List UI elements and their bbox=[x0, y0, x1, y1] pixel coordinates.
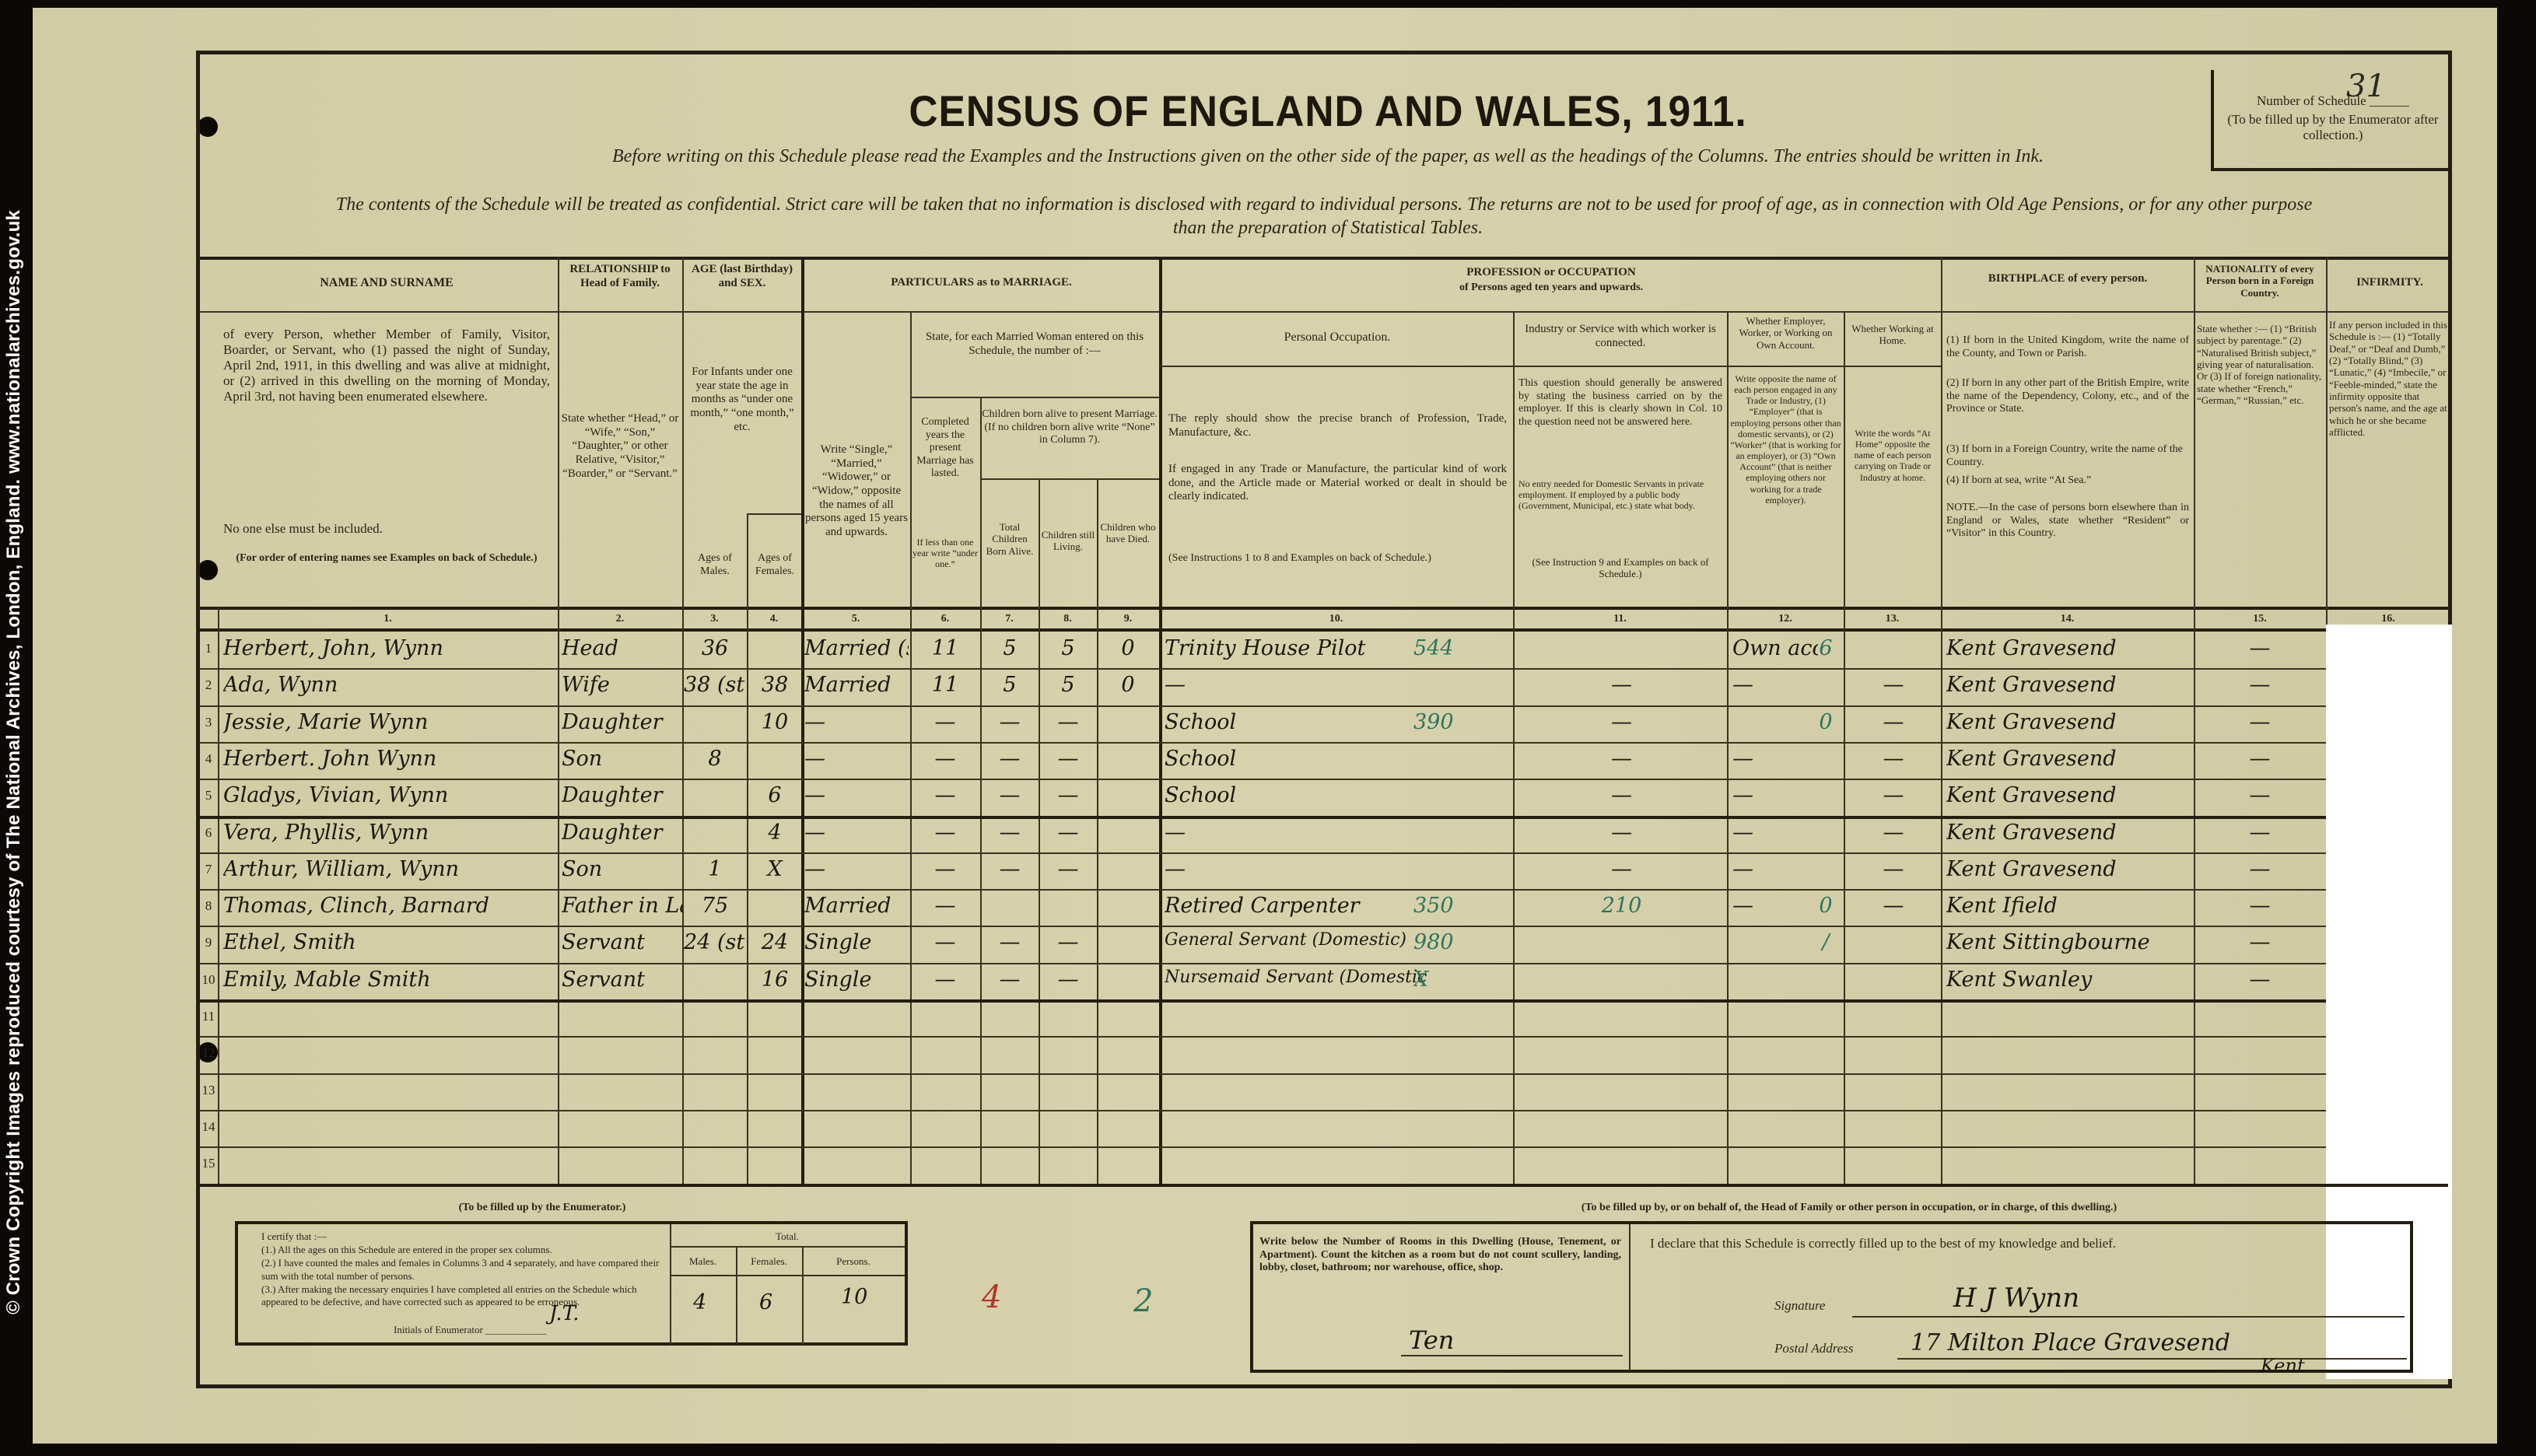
cell-status: — bbox=[1732, 857, 1818, 881]
col1-title: NAME AND SURNAME bbox=[223, 276, 550, 291]
cell-female: 16 bbox=[748, 968, 801, 992]
cell-industry: — bbox=[1522, 857, 1721, 881]
cell-occ-code: 980 bbox=[1413, 930, 1507, 954]
rooms-instruction: Write below the Number of Rooms in this … bbox=[1259, 1236, 1621, 1275]
cell-home: — bbox=[1848, 747, 1939, 771]
row-number: 6 bbox=[200, 825, 217, 841]
col7-title: Total Children Born Alive. bbox=[982, 521, 1038, 557]
header-top-rule bbox=[200, 257, 2448, 260]
col1-order: (For order of entering names see Example… bbox=[223, 552, 550, 565]
enumerator-heading: (To be filled up by the Enumerator.) bbox=[324, 1202, 760, 1215]
col4-title: Ages of Females. bbox=[748, 552, 801, 578]
household-heading: (To be filled up by, or on behalf of, th… bbox=[1266, 1202, 2433, 1215]
cell-years: — bbox=[912, 857, 979, 881]
header-sub-rule bbox=[200, 311, 2448, 313]
cell-industry: — bbox=[1522, 710, 1721, 734]
declaration: I declare that this Schedule is correctl… bbox=[1650, 1236, 2116, 1251]
row-divider bbox=[200, 999, 2448, 1003]
cell-occupation: — bbox=[1165, 821, 1460, 845]
cell-total: — bbox=[982, 857, 1038, 881]
cell-rel: Son bbox=[562, 747, 682, 771]
cell-nationality: — bbox=[2197, 930, 2323, 954]
cell-marital: — bbox=[804, 710, 909, 734]
cell-home: — bbox=[1848, 710, 1939, 734]
col15-title: NATIONALITY of every Person born in a Fo… bbox=[2195, 263, 2324, 299]
cell-female: 10 bbox=[748, 710, 801, 734]
row-divider bbox=[200, 705, 2448, 707]
cell-male: 36 bbox=[684, 636, 746, 660]
red-annotation: 4 bbox=[982, 1279, 1001, 1315]
cell-name: Arthur, William, Wynn bbox=[223, 857, 558, 881]
cell-nationality: — bbox=[2197, 636, 2323, 660]
cell-status: — bbox=[1732, 783, 1818, 807]
table-bottom-rule bbox=[200, 1184, 2448, 1187]
cell-total: — bbox=[982, 930, 1038, 954]
col10-title: Personal Occupation. bbox=[1162, 331, 1512, 345]
row-divider bbox=[200, 926, 2448, 927]
cell-occupation: School bbox=[1165, 747, 1460, 771]
cell-nationality: — bbox=[2197, 747, 2323, 771]
cell-industry: — bbox=[1522, 821, 1721, 845]
col11-desc-3: (See Instruction 9 and Examples on back … bbox=[1518, 556, 1722, 580]
row-divider bbox=[200, 852, 2448, 854]
instruction-line: Before writing on this Schedule please r… bbox=[200, 146, 2456, 167]
cell-living: — bbox=[1040, 930, 1096, 954]
cell-nationality: — bbox=[2197, 821, 2323, 845]
signature: H J Wynn bbox=[1953, 1283, 2079, 1314]
cell-birthplace: Kent Gravesend bbox=[1946, 747, 2191, 771]
col12-desc: Write opposite the name of each person e… bbox=[1729, 373, 1842, 506]
total-females: 6 bbox=[759, 1290, 772, 1314]
col2-title: RELATIONSHIP to Head of Family. bbox=[559, 263, 681, 290]
cell-birthplace: Kent Swanley bbox=[1946, 968, 2191, 992]
schedule-frame: CENSUS OF ENGLAND AND WALES, 1911. Befor… bbox=[196, 51, 2452, 1388]
row-number: 9 bbox=[200, 935, 217, 950]
cell-living: 5 bbox=[1040, 636, 1096, 660]
age-title: AGE (last Birthday) and SEX. bbox=[684, 263, 800, 290]
cell-years: — bbox=[912, 930, 979, 954]
col11-desc-1: This question should generally be answer… bbox=[1518, 377, 1722, 429]
cell-rel: Head bbox=[562, 636, 682, 660]
cell-rel: Daughter bbox=[562, 783, 682, 807]
cell-female: 38 bbox=[748, 673, 801, 697]
children-desc: Children born alive to present Marriage.… bbox=[982, 408, 1158, 447]
cell-marital: — bbox=[804, 783, 909, 807]
cell-industry: 210 bbox=[1522, 894, 1721, 918]
row-number: 10 bbox=[200, 972, 217, 988]
cell-male: 38 (struck) bbox=[684, 673, 746, 697]
col14-desc-3: (3) If born in a Foreign Country, write … bbox=[1946, 443, 2189, 469]
cell-female: X bbox=[748, 857, 801, 881]
row-number: 13 bbox=[200, 1083, 217, 1098]
cell-total: 5 bbox=[982, 673, 1038, 697]
occupation-subtitle: of Persons aged ten years and upwards. bbox=[1162, 282, 1940, 295]
cell-years: — bbox=[912, 747, 979, 771]
col15-desc: State whether :— (1) “British subject by… bbox=[2197, 323, 2323, 406]
cell-status-code: 0 bbox=[1810, 894, 1841, 918]
cell-rel: Daughter bbox=[562, 710, 682, 734]
cell-total: — bbox=[982, 783, 1038, 807]
cell-years: — bbox=[912, 783, 979, 807]
cell-status-code: 0 bbox=[1810, 710, 1841, 734]
cell-home: — bbox=[1848, 857, 1939, 881]
confidentiality-line: The contents of the Schedule will be tre… bbox=[208, 194, 2440, 215]
cell-name: Emily, Mable Smith bbox=[223, 968, 558, 992]
cell-name: Vera, Phyllis, Wynn bbox=[223, 821, 558, 845]
cell-home: — bbox=[1848, 783, 1939, 807]
row-divider bbox=[200, 742, 2448, 744]
cell-male: 1 bbox=[684, 857, 746, 881]
cell-occupation: School bbox=[1165, 783, 1460, 807]
cell-male: 24 (struck) bbox=[684, 930, 746, 954]
row-number: 3 bbox=[200, 715, 217, 730]
cell-living: — bbox=[1040, 821, 1096, 845]
row-divider bbox=[200, 816, 2448, 819]
cell-died: 0 bbox=[1098, 636, 1158, 660]
row-number: 7 bbox=[200, 862, 217, 877]
cell-occupation: — bbox=[1165, 857, 1460, 881]
cell-status: — bbox=[1732, 821, 1818, 845]
cell-birthplace: Kent Gravesend bbox=[1946, 636, 2191, 660]
cell-marital: Married bbox=[804, 894, 909, 918]
row-number: 2 bbox=[200, 677, 217, 693]
cell-rel: Father in Law bbox=[562, 894, 682, 918]
cell-total: — bbox=[982, 710, 1038, 734]
cell-status: Own acct bbox=[1732, 636, 1818, 660]
total-persons: 10 bbox=[841, 1285, 867, 1309]
cell-years: 11 bbox=[912, 636, 979, 660]
cell-birthplace: Kent Sittingbourne bbox=[1946, 930, 2191, 954]
marriage-title: PARTICULARS as to MARRIAGE. bbox=[804, 276, 1158, 290]
col13-desc: Write the words “At Home” opposite the n… bbox=[1846, 428, 1939, 483]
cell-nationality: — bbox=[2197, 710, 2323, 734]
row-divider bbox=[200, 779, 2448, 780]
cell-years: — bbox=[912, 710, 979, 734]
cell-status-code: 6 bbox=[1810, 636, 1841, 660]
cell-name: Herbert, John, Wynn bbox=[223, 636, 558, 660]
row-number: 4 bbox=[200, 751, 217, 767]
cell-nationality: — bbox=[2197, 673, 2323, 697]
cell-birthplace: Kent Gravesend bbox=[1946, 710, 2191, 734]
col14-desc-2: (2) If born in any other part of the Bri… bbox=[1946, 377, 2189, 416]
cell-living: — bbox=[1040, 710, 1096, 734]
schedule-number: 31 bbox=[2346, 68, 2386, 104]
green-annotation: 2 bbox=[1133, 1283, 1153, 1319]
row-divider bbox=[200, 668, 2448, 670]
cell-years: — bbox=[912, 894, 979, 918]
cell-birthplace: Kent Gravesend bbox=[1946, 783, 2191, 807]
cell-name: Jessie, Marie Wynn bbox=[223, 710, 558, 734]
postal-county: Kent bbox=[2261, 1355, 2305, 1377]
cell-female: 6 bbox=[748, 783, 801, 807]
cell-total: — bbox=[982, 747, 1038, 771]
cell-home: — bbox=[1848, 894, 1939, 918]
cell-birthplace: Kent Gravesend bbox=[1946, 673, 2191, 697]
row-number: 8 bbox=[200, 898, 217, 914]
row-divider bbox=[200, 1073, 2448, 1075]
cell-status: — bbox=[1732, 894, 1818, 918]
cell-marital: Single bbox=[804, 968, 909, 992]
cell-occ-code: 544 bbox=[1413, 636, 1507, 660]
cell-living: — bbox=[1040, 747, 1096, 771]
col11-title: Industry or Service with which worker is… bbox=[1516, 323, 1725, 350]
cell-living: 5 bbox=[1040, 673, 1096, 697]
col14-note: NOTE.—In the case of persons born elsewh… bbox=[1946, 502, 2189, 541]
enumerator-initials: J.T. bbox=[549, 1302, 579, 1325]
cell-total: — bbox=[982, 968, 1038, 992]
confidentiality-line-2: than the preparation of Statistical Tabl… bbox=[200, 218, 2456, 239]
cell-living: — bbox=[1040, 857, 1096, 881]
cell-marital: — bbox=[804, 747, 909, 771]
household-box: Write below the Number of Rooms in this … bbox=[1250, 1221, 2413, 1373]
col16-title: INFIRMITY. bbox=[2328, 276, 2452, 290]
cell-total: 5 bbox=[982, 636, 1038, 660]
cell-name: Thomas, Clinch, Barnard bbox=[223, 894, 558, 918]
header-bottom-rule bbox=[200, 607, 2448, 610]
cell-name: Gladys, Vivian, Wynn bbox=[223, 783, 558, 807]
cell-marital: — bbox=[804, 857, 909, 881]
row-divider bbox=[200, 1146, 2448, 1148]
cell-marital: Single bbox=[804, 930, 909, 954]
cell-occupation: — bbox=[1165, 673, 1460, 697]
col12-title: Whether Employer, Worker, or Working on … bbox=[1729, 315, 1842, 351]
cell-years: — bbox=[912, 821, 979, 845]
row-divider bbox=[200, 889, 2448, 891]
cell-rel: Daughter bbox=[562, 821, 682, 845]
col14-desc-4: (4) If born at sea, write “At Sea.” bbox=[1946, 474, 2189, 488]
cell-years: — bbox=[912, 968, 979, 992]
enumerator-box: I certify that :— (1.) All the ages on t… bbox=[235, 1221, 908, 1346]
cell-marital: — bbox=[804, 821, 909, 845]
row-number: 14 bbox=[200, 1119, 217, 1135]
cell-name: Ada, Wynn bbox=[223, 673, 558, 697]
cell-female: 24 bbox=[748, 930, 801, 954]
page-title: CENSUS OF ENGLAND AND WALES, 1911. bbox=[290, 86, 2366, 136]
occupation-title: PROFESSION or OCCUPATION bbox=[1162, 266, 1940, 280]
total-males: 4 bbox=[693, 1290, 706, 1314]
cell-birthplace: Kent Gravesend bbox=[1946, 857, 2191, 881]
colnum-rule bbox=[200, 628, 2448, 632]
cell-rel: Son bbox=[562, 857, 682, 881]
cell-nationality: — bbox=[2197, 783, 2323, 807]
copyright-notice: © Crown Copyright Images reproduced cour… bbox=[3, 210, 25, 1454]
cell-marital: Married (struck) bbox=[804, 636, 909, 660]
cell-rel: Servant bbox=[562, 968, 682, 992]
col3-title: Ages of Males. bbox=[684, 552, 746, 578]
row-number: 1 bbox=[200, 641, 217, 656]
rooms-count: Ten bbox=[1409, 1325, 1454, 1355]
col1-desc: of every Person, whether Member of Famil… bbox=[223, 327, 550, 404]
cell-living: — bbox=[1040, 783, 1096, 807]
cell-female: 4 bbox=[748, 821, 801, 845]
row-divider bbox=[200, 963, 2448, 964]
cell-living: — bbox=[1040, 968, 1096, 992]
col9-title: Children who have Died. bbox=[1098, 521, 1158, 545]
col1-note: No one else must be included. bbox=[223, 521, 550, 537]
cell-birthplace: Kent Ifield bbox=[1946, 894, 2191, 918]
cell-nationality: — bbox=[2197, 968, 2323, 992]
cell-status-code: / bbox=[1810, 930, 1841, 954]
row-number: 11 bbox=[200, 1009, 217, 1024]
cell-industry: — bbox=[1522, 673, 1721, 697]
cell-rel: Wife bbox=[562, 673, 682, 697]
cell-years: 11 bbox=[912, 673, 979, 697]
col14-desc-1: (1) If born in the United Kingdom, write… bbox=[1946, 334, 2189, 360]
cell-industry: — bbox=[1522, 783, 1721, 807]
col8-title: Children still Living. bbox=[1040, 529, 1096, 553]
row-number: 5 bbox=[200, 788, 217, 803]
col5-desc: Write “Single,” “Married,” “Widower,” or… bbox=[804, 443, 909, 540]
row-divider bbox=[200, 1110, 2448, 1111]
cell-occ-code: 350 bbox=[1413, 894, 1507, 918]
married-woman-desc: State, for each Married Woman entered on… bbox=[912, 331, 1158, 358]
cell-industry: — bbox=[1522, 747, 1721, 771]
col6-note: If less than one year write “under one.” bbox=[912, 537, 979, 569]
cell-marital: Married bbox=[804, 673, 909, 697]
cell-status: — bbox=[1732, 747, 1818, 771]
cell-died: 0 bbox=[1098, 673, 1158, 697]
col6-desc: Completed years the present Marriage has… bbox=[912, 416, 979, 481]
col10-desc-3: (See Instructions 1 to 8 and Examples on… bbox=[1168, 552, 1507, 565]
postal-address: 17 Milton Place Gravesend bbox=[1911, 1329, 2230, 1356]
cell-total: — bbox=[982, 821, 1038, 845]
row-number: 15 bbox=[200, 1156, 217, 1171]
col2-desc: State whether “Head,” or “Wife,” “Son,” … bbox=[561, 412, 679, 481]
col11-desc-2: No entry needed for Domestic Servants in… bbox=[1518, 478, 1722, 511]
col16-desc: If any person included in this Schedule … bbox=[2329, 319, 2450, 438]
cell-nationality: — bbox=[2197, 857, 2323, 881]
cell-nationality: — bbox=[2197, 894, 2323, 918]
col13-title: Whether Working at Home. bbox=[1846, 323, 1939, 347]
cell-male: 75 bbox=[684, 894, 746, 918]
cell-rel: Servant bbox=[562, 930, 682, 954]
cell-home: — bbox=[1848, 821, 1939, 845]
cell-name: Ethel, Smith bbox=[223, 930, 558, 954]
cell-name: Herbert. John Wynn bbox=[223, 747, 558, 771]
cell-occ-code: X bbox=[1413, 968, 1507, 992]
cell-male: 8 bbox=[684, 747, 746, 771]
row-divider bbox=[200, 1036, 2448, 1038]
col10-desc-1: The reply should show the precise branch… bbox=[1168, 412, 1507, 439]
cell-home: — bbox=[1848, 673, 1939, 697]
age-desc: For Infants under one year state the age… bbox=[684, 366, 800, 434]
col10-desc-2: If engaged in any Trade or Manufacture, … bbox=[1168, 463, 1507, 504]
cell-status: — bbox=[1732, 673, 1818, 697]
cell-occ-code: 390 bbox=[1413, 710, 1507, 734]
cell-birthplace: Kent Gravesend bbox=[1946, 821, 2191, 845]
col14-title: BIRTHPLACE of every person. bbox=[1942, 272, 2193, 286]
schedule-number-box: Number of Schedule ______ 31 (To be fill… bbox=[2211, 70, 2452, 171]
row-number: 12 bbox=[200, 1045, 217, 1061]
